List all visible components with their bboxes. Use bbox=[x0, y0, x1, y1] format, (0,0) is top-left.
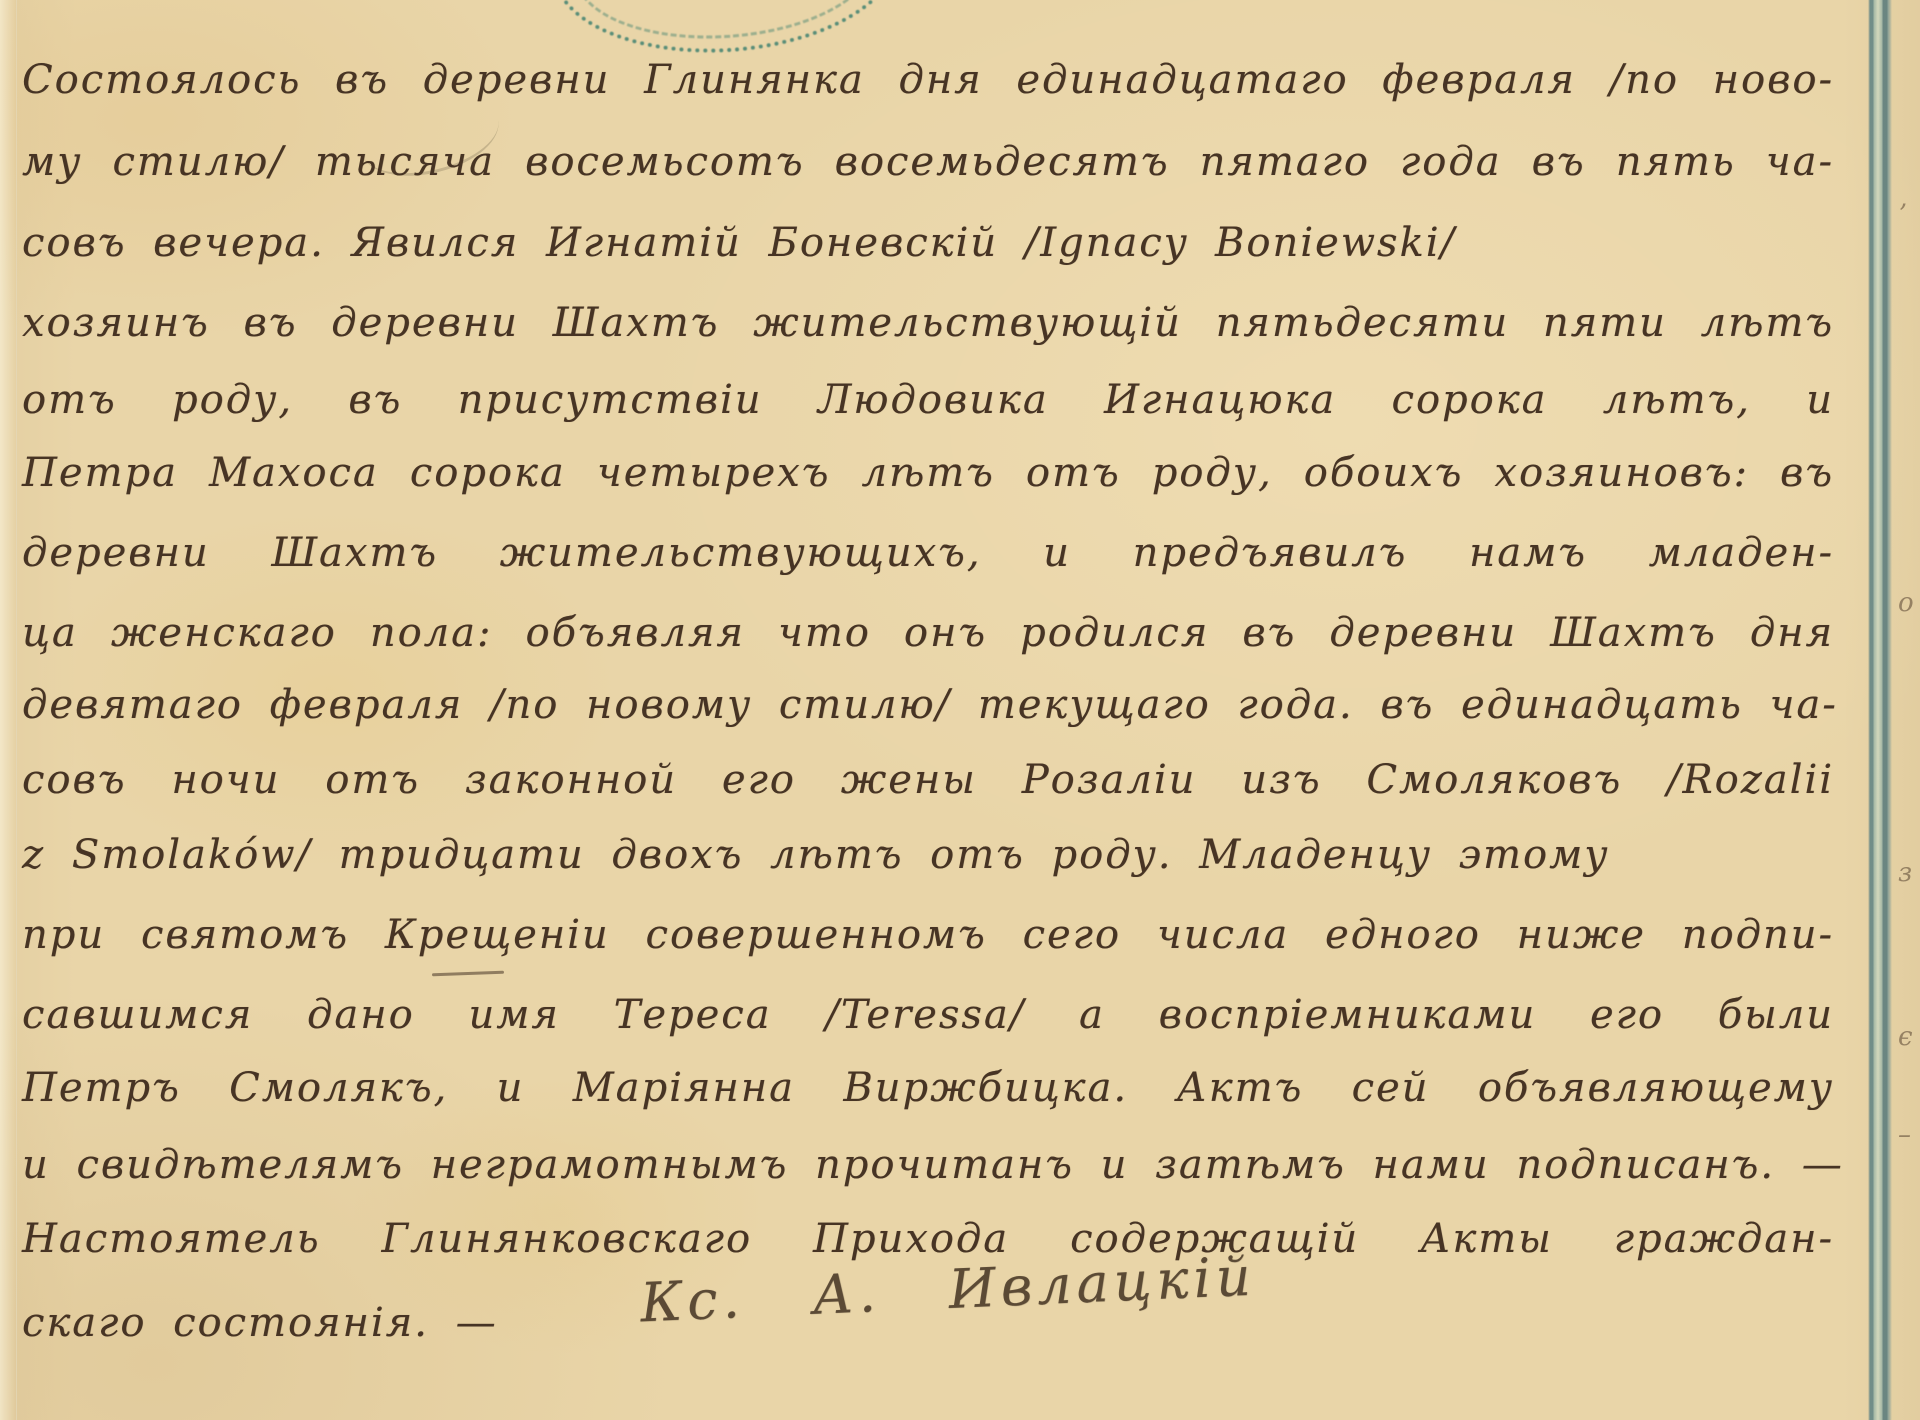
paper-left-edge bbox=[0, 0, 17, 1420]
margin-ink-mark: ʼ bbox=[1898, 200, 1906, 230]
margin-ink-mark: є bbox=[1898, 1022, 1913, 1052]
scanned-record-page: Состоялось въ деревни Глинянка дня едина… bbox=[0, 0, 1920, 1420]
text-line: совъ вечера. Явился Игнатій Боневскій /I… bbox=[22, 218, 1456, 270]
text-line: скаго состоянія. — bbox=[22, 1298, 498, 1350]
text-line: деревни Шахтъ жительствующихъ, и предъяв… bbox=[22, 528, 1834, 580]
text-line: му стилю/ тысяча восемьсотъ восемьдесятъ… bbox=[22, 137, 1834, 189]
text-line: и свидѣтелямъ неграмотнымъ прочитанъ и з… bbox=[22, 1140, 1834, 1192]
text-line: при святомъ Крещеніи совершенномъ сего ч… bbox=[22, 910, 1834, 962]
text-line: Петра Махоса сорока четырехъ лѣтъ отъ ро… bbox=[22, 448, 1834, 500]
text-line: Петръ Смолякъ, и Маріянна Виржбицка. Акт… bbox=[22, 1063, 1834, 1115]
margin-ink-mark: – bbox=[1898, 1120, 1911, 1150]
text-line: хозяинъ въ деревни Шахтъ жительствующій … bbox=[22, 298, 1834, 350]
text-line: девятаго февраля /по новому стилю/ текущ… bbox=[22, 680, 1834, 732]
margin-ink-mark: о bbox=[1898, 588, 1914, 618]
right-margin-ruled-line bbox=[1868, 0, 1894, 1420]
text-line: z Smolaków/ тридцати двохъ лѣтъ отъ роду… bbox=[22, 830, 1609, 882]
text-line: савшимся дано имя Тереса /Teressa/ а вос… bbox=[22, 990, 1834, 1042]
text-line: Состоялось въ деревни Глинянка дня едина… bbox=[22, 55, 1834, 107]
margin-ink-mark: з bbox=[1898, 858, 1912, 888]
ink-underline-mark bbox=[432, 971, 504, 977]
text-line: ца женскаго пола: объявляя что онъ родил… bbox=[22, 608, 1834, 660]
text-line: отъ роду, въ присутствіи Людовика Игнацю… bbox=[22, 375, 1834, 427]
text-line: совъ ночи отъ законной его жены Розаліи … bbox=[22, 755, 1834, 807]
